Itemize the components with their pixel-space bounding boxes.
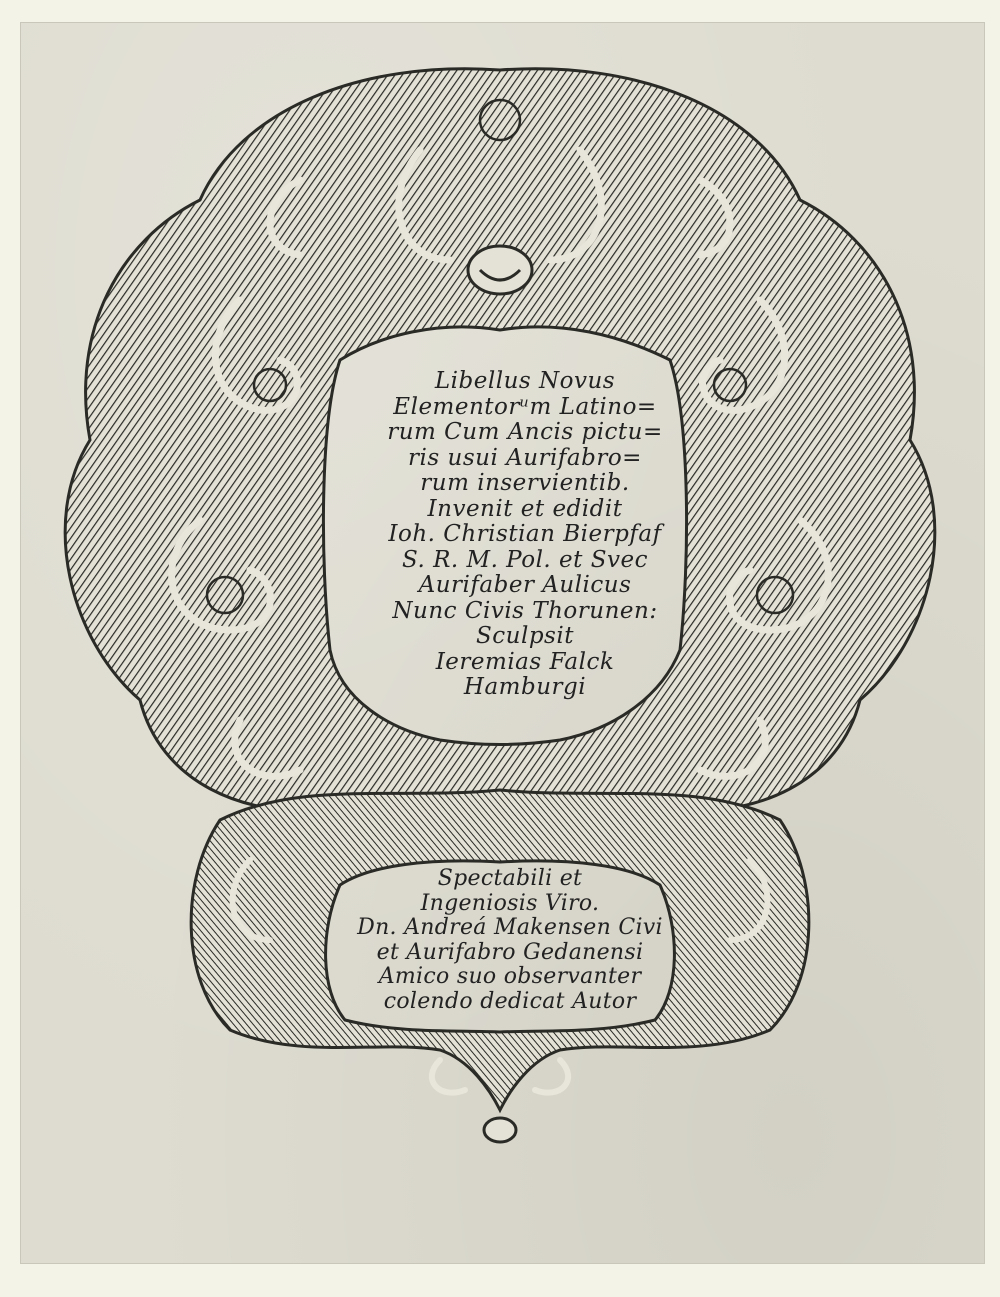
credit-line: Nunc Civis Thorunen:	[365, 600, 685, 626]
credit-line: Ioh. Christian Bierpfaf	[365, 523, 685, 549]
credit-line: Invenit et edidit	[365, 498, 685, 524]
title-line: rum inservientib.	[365, 472, 685, 498]
dedication-line: colendo dedicat Autor	[330, 991, 690, 1016]
title-line: ris usui Aurifabro=	[365, 447, 685, 473]
lower-cartouche-text: Spectabili et Ingeniosis Viro. Dn. Andre…	[330, 868, 690, 1015]
dedication-line: Ingeniosis Viro.	[330, 893, 690, 918]
credit-line: Ieremias Falck	[365, 651, 685, 677]
credit-line: Hamburgi	[365, 676, 685, 702]
title-line: Libellus Novus	[365, 370, 685, 396]
credit-line: S. R. M. Pol. et Svec	[365, 549, 685, 575]
title-line: rum Cum Ancis pictu=	[365, 421, 685, 447]
upper-cartouche-text: Libellus Novus Elementorᵘm Latino= rum C…	[365, 370, 685, 702]
dedication-line: Amico suo observanter	[330, 966, 690, 991]
dedication-line: et Aurifabro Gedanensi	[330, 942, 690, 967]
credit-line: Aurifaber Aulicus	[365, 574, 685, 600]
dedication-line: Spectabili et	[330, 868, 690, 893]
credit-line: Sculpsit	[365, 625, 685, 651]
dedication-line: Dn. Andreá Makensen Civi	[330, 917, 690, 942]
title-line: Elementorᵘm Latino=	[365, 396, 685, 422]
